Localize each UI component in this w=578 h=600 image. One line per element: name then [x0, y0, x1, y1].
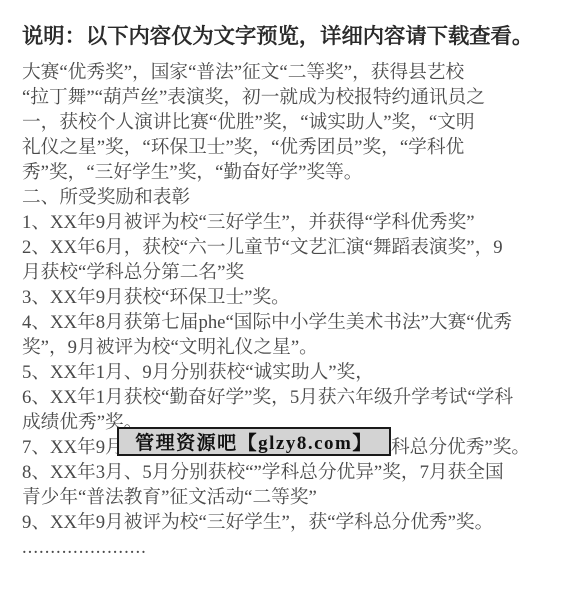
- watermark-stamp: 管理资源吧【glzy8.com】: [117, 427, 391, 456]
- text-line-prefix: 7、XX年9月: [22, 437, 124, 458]
- preview-notice: 说明：以下内容仅为文字预览，详细内容请下载查看。: [22, 24, 533, 48]
- document-body: 大赛“优秀奖”，国家“普法”征文“二等奖”，获得县艺校“拉丁舞”“葫芦丝”表演奖…: [22, 60, 570, 560]
- text-line: 5、XX年1月、9月分别获校“诚实助人”奖，: [22, 360, 570, 385]
- text-line: 4、XX年8月获第七届phe“国际中小学生美术书法”大赛“优秀: [22, 310, 570, 335]
- text-line: 礼仪之星”奖，“环保卫士”奖，“优秀团员”奖，“学科优: [22, 135, 570, 160]
- text-line-suffix: 科总分优秀”奖。: [391, 435, 530, 460]
- text-line: 秀”奖，“三好学生”奖，“勤奋好学”奖等。: [22, 160, 570, 185]
- text-line: ......................: [22, 535, 570, 560]
- text-line: 二、所受奖励和表彰: [22, 185, 570, 210]
- text-line: 青少年“普法教育”征文活动“二等奖”: [22, 485, 570, 510]
- document-preview-page: 说明：以下内容仅为文字预览，详细内容请下载查看。 大赛“优秀奖”，国家“普法”征…: [0, 0, 578, 600]
- text-line: 月获校“学科总分第二名”奖: [22, 260, 570, 285]
- text-line: 2、XX年6月，获校“六一儿童节“文艺汇演“舞蹈表演奖”，9: [22, 235, 570, 260]
- text-line: 奖”，9月被评为校“文明礼仪之星”。: [22, 335, 570, 360]
- text-line: 1、XX年9月被评为校“三好学生”，并获得“学科优秀奖”: [22, 210, 570, 235]
- text-line: 6、XX年1月获校“勤奋好学”奖，5月获六年级升学考试“学科: [22, 385, 570, 410]
- text-line: 3、XX年9月获校“环保卫士”奖。: [22, 285, 570, 310]
- text-line: 9、XX年9月被评为校“三好学生”，获“学科总分优秀”奖。: [22, 510, 570, 535]
- text-line: “拉丁舞”“葫芦丝”表演奖，初一就成为校报特约通讯员之: [22, 85, 570, 110]
- text-line: 大赛“优秀奖”，国家“普法”征文“二等奖”，获得县艺校: [22, 60, 570, 85]
- text-line: 一，获校个人演讲比赛“优胜”奖，“诚实助人”奖，“文明: [22, 110, 570, 135]
- text-line: 8、XX年3月、5月分别获校“”学科总分优异”奖，7月获全国: [22, 460, 570, 485]
